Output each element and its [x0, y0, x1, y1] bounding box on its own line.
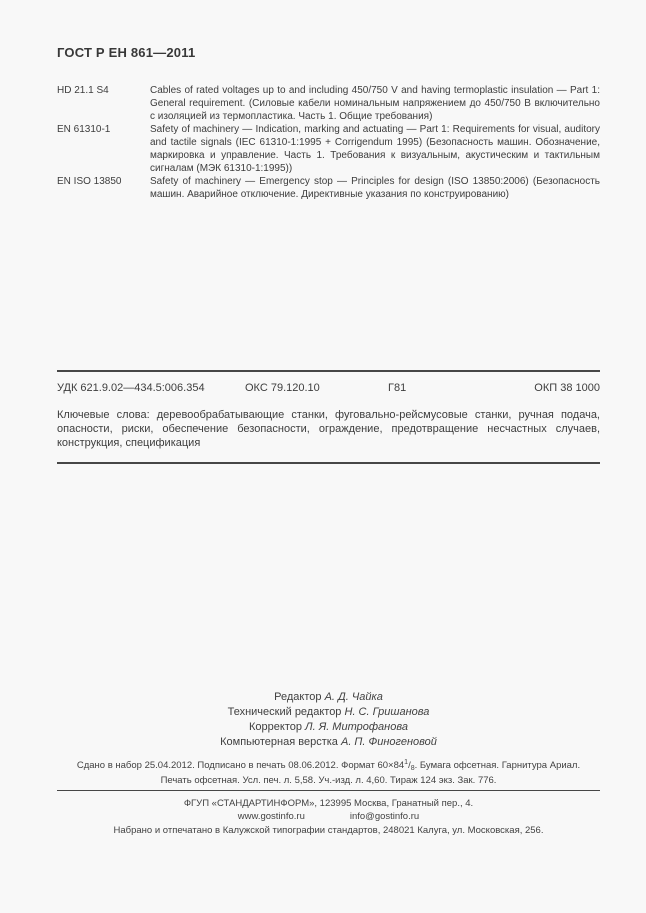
imprint-text: . Бумага офсетная. Гарнитура Ариал. [415, 760, 581, 771]
staff-role: Редактор [274, 691, 321, 703]
oks-code: ОКС 79.120.10 [245, 381, 320, 395]
publisher-contacts: www.gostinfo.ru info@gostinfo.ru [57, 810, 600, 824]
reference-row: EN 61310-1 Safety of machinery — Indicat… [57, 123, 600, 175]
staff-credits: Редактор А. Д. Чайка Технический редакто… [57, 690, 600, 750]
normative-references-list: HD 21.1 S4 Cables of rated voltages up t… [57, 84, 600, 201]
staff-role: Компьютерная верстка [220, 736, 338, 748]
keywords-paragraph: Ключевые слова: деревообрабатывающие ста… [57, 408, 600, 451]
staff-role: Корректор [249, 721, 302, 733]
publisher-address: ФГУП «СТАНДАРТИНФОРМ», 123995 Москва, Гр… [57, 797, 600, 811]
publisher-email: info@gostinfo.ru [350, 810, 419, 824]
publisher-block: ФГУП «СТАНДАРТИНФОРМ», 123995 Москва, Гр… [57, 797, 600, 838]
staff-line: Редактор А. Д. Чайка [57, 690, 600, 705]
staff-line: Технический редактор Н. С. Гришанова [57, 705, 600, 720]
horizontal-rule [57, 370, 600, 372]
reference-code: EN ISO 13850 [57, 175, 150, 201]
reference-code: HD 21.1 S4 [57, 84, 150, 123]
staff-name: А. Д. Чайка [325, 691, 383, 703]
classification-codes-row: УДК 621.9.02—434.5:006.354 ОКС 79.120.10… [57, 381, 600, 395]
staff-name: Н. С. Гришанова [345, 706, 430, 718]
reference-text: Safety of machinery — Indication, markin… [150, 123, 600, 175]
publisher-website: www.gostinfo.ru [238, 810, 305, 824]
document-page: ГОСТ Р ЕН 861—2011 HD 21.1 S4 Cables of … [0, 0, 646, 913]
staff-name: А. П. Финогеновой [341, 736, 437, 748]
reference-row: HD 21.1 S4 Cables of rated voltages up t… [57, 84, 600, 123]
imprint-line-1: Сдано в набор 25.04.2012. Подписано в пе… [57, 758, 600, 773]
reference-text: Safety of machinery — Emergency stop — P… [150, 175, 600, 201]
horizontal-rule [57, 790, 600, 791]
horizontal-rule [57, 462, 600, 464]
staff-role: Технический редактор [228, 706, 342, 718]
imprint-block: Сдано в набор 25.04.2012. Подписано в пе… [57, 758, 600, 788]
reference-code: EN 61310-1 [57, 123, 150, 175]
okp-code: ОКП 38 1000 [534, 381, 600, 395]
imprint-text: Сдано в набор 25.04.2012. Подписано в пе… [77, 760, 404, 771]
staff-line: Компьютерная верстка А. П. Финогеновой [57, 735, 600, 750]
reference-text: Cables of rated voltages up to and inclu… [150, 84, 600, 123]
reference-row: EN ISO 13850 Safety of machinery — Emerg… [57, 175, 600, 201]
imprint-line-2: Печать офсетная. Усл. печ. л. 5,58. Уч.-… [57, 773, 600, 788]
standard-designation: ГОСТ Р ЕН 861—2011 [57, 0, 600, 60]
printing-house-address: Набрано и отпечатано в Калужской типогра… [57, 824, 600, 838]
staff-line: Корректор Л. Я. Митрофанова [57, 720, 600, 735]
staff-name: Л. Я. Митрофанова [305, 721, 408, 733]
udk-code: УДК 621.9.02—434.5:006.354 [57, 381, 205, 395]
group-code: Г81 [388, 381, 406, 395]
